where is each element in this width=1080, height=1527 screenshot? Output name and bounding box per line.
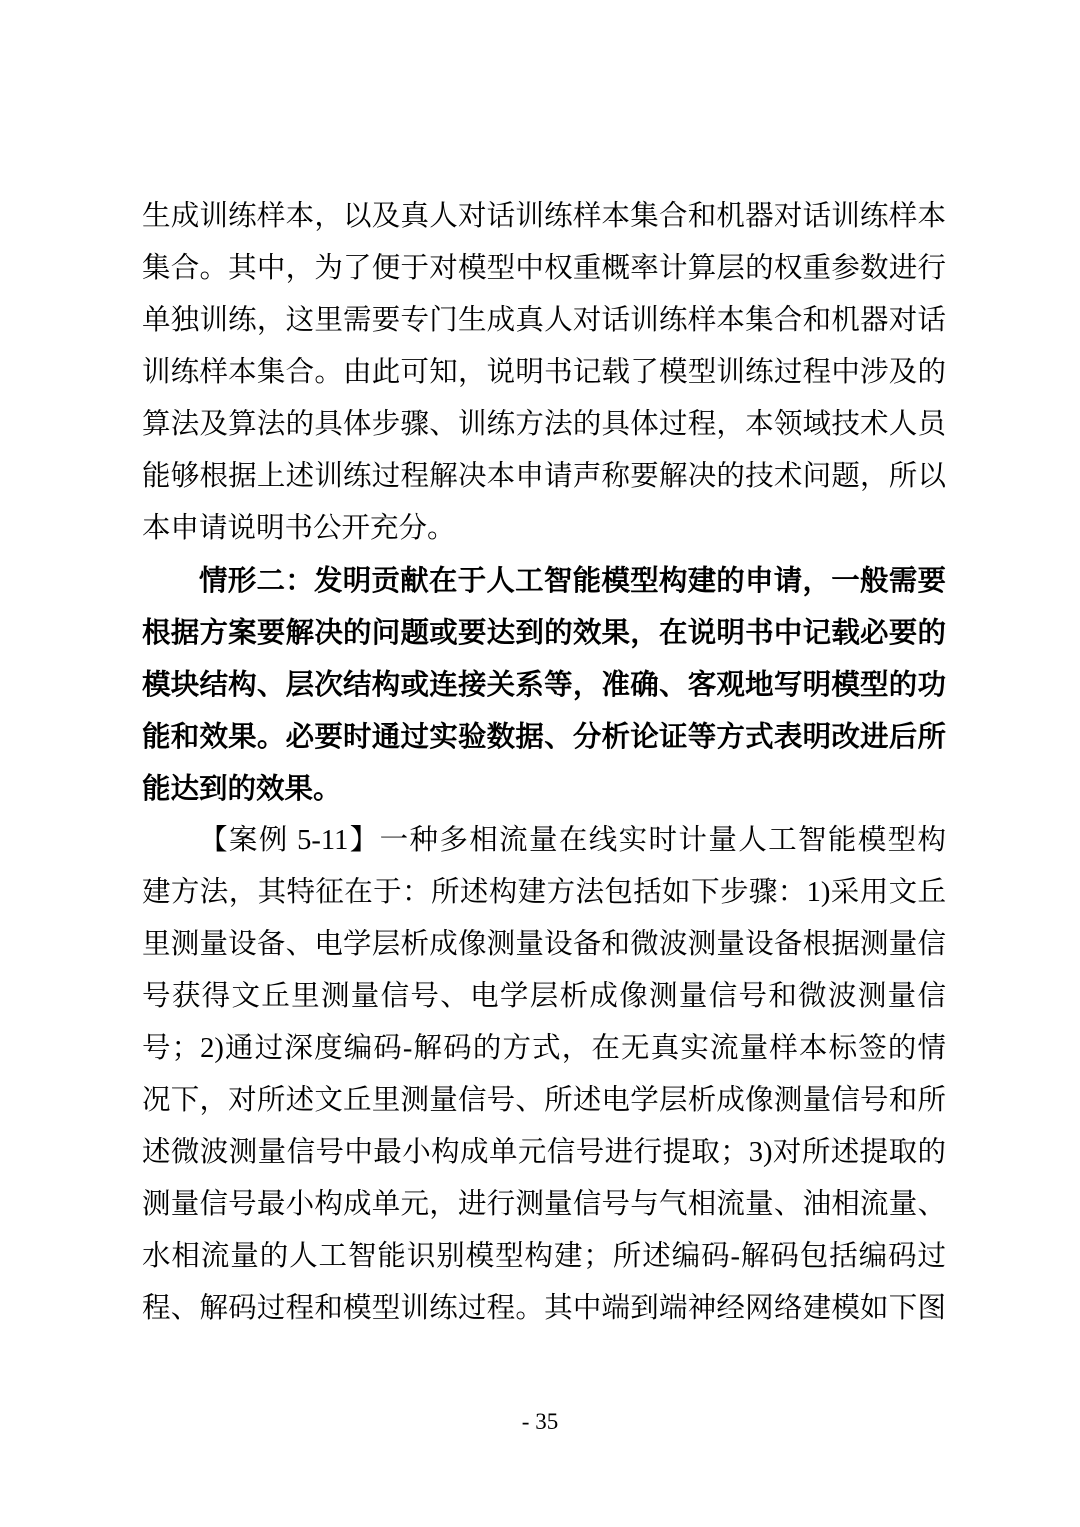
text-line: 建方法，其特征在于：所述构建方法包括如下步骤：1)采用文丘 <box>142 867 946 919</box>
text-line: 水相流量的人工智能识别模型构建；所述编码-解码包括编码过 <box>142 1231 946 1283</box>
text-line: 集合。其中，为了便于对模型中权重概率计算层的权重参数进行 <box>142 243 946 295</box>
text-line: 测量信号最小构成单元，进行测量信号与气相流量、油相流量、 <box>142 1179 946 1231</box>
text-line: 程、解码过程和模型训练过程。其中端到端神经网络建模如下图 <box>142 1283 946 1335</box>
paragraph: 生成训练样本，以及真人对话训练样本集合和机器对话训练样本集合。其中，为了便于对模… <box>142 191 946 555</box>
text-block: 生成训练样本，以及真人对话训练样本集合和机器对话训练样本集合。其中，为了便于对模… <box>142 191 946 1335</box>
text-line: 况下，对所述文丘里测量信号、所述电学层析成像测量信号和所 <box>142 1075 946 1127</box>
text-line: 【案例 5-11】一种多相流量在线实时计量人工智能模型构 <box>142 815 946 867</box>
text-line: 里测量设备、电学层析成像测量设备和微波测量设备根据测量信 <box>142 919 946 971</box>
text-line: 训练样本集合。由此可知，说明书记载了模型训练过程中涉及的 <box>142 347 946 399</box>
text-line: 号；2)通过深度编码-解码的方式，在无真实流量样本标签的情 <box>142 1023 946 1075</box>
paragraph: 【案例 5-11】一种多相流量在线实时计量人工智能模型构建方法，其特征在于：所述… <box>142 815 946 1335</box>
text-line: 模块结构、层次结构或连接关系等，准确、客观地写明模型的功 <box>142 659 946 711</box>
text-line: 单独训练，这里需要专门生成真人对话训练样本集合和机器对话 <box>142 295 946 347</box>
text-line: 述微波测量信号中最小构成单元信号进行提取；3)对所述提取的 <box>142 1127 946 1179</box>
page-footer: - 35 <box>0 1406 1080 1438</box>
text-line: 能够根据上述训练过程解决本申请声称要解决的技术问题，所以 <box>142 451 946 503</box>
text-line: 生成训练样本，以及真人对话训练样本集合和机器对话训练样本 <box>142 191 946 243</box>
text-line: 算法及算法的具体步骤、训练方法的具体过程，本领域技术人员 <box>142 399 946 451</box>
text-line: 能达到的效果。 <box>142 763 946 815</box>
text-line: 根据方案要解决的问题或要达到的效果，在说明书中记载必要的 <box>142 607 946 659</box>
paragraph: 情形二：发明贡献在于人工智能模型构建的申请，一般需要根据方案要解决的问题或要达到… <box>142 555 946 815</box>
page-number: - 35 <box>522 1409 558 1434</box>
text-line: 号获得文丘里测量信号、电学层析成像测量信号和微波测量信 <box>142 971 946 1023</box>
text-line: 能和效果。必要时通过实验数据、分析论证等方式表明改进后所 <box>142 711 946 763</box>
text-line: 情形二：发明贡献在于人工智能模型构建的申请，一般需要 <box>142 555 946 607</box>
text-line: 本申请说明书公开充分。 <box>142 503 946 555</box>
document-page: 生成训练样本，以及真人对话训练样本集合和机器对话训练样本集合。其中，为了便于对模… <box>0 0 1080 1527</box>
